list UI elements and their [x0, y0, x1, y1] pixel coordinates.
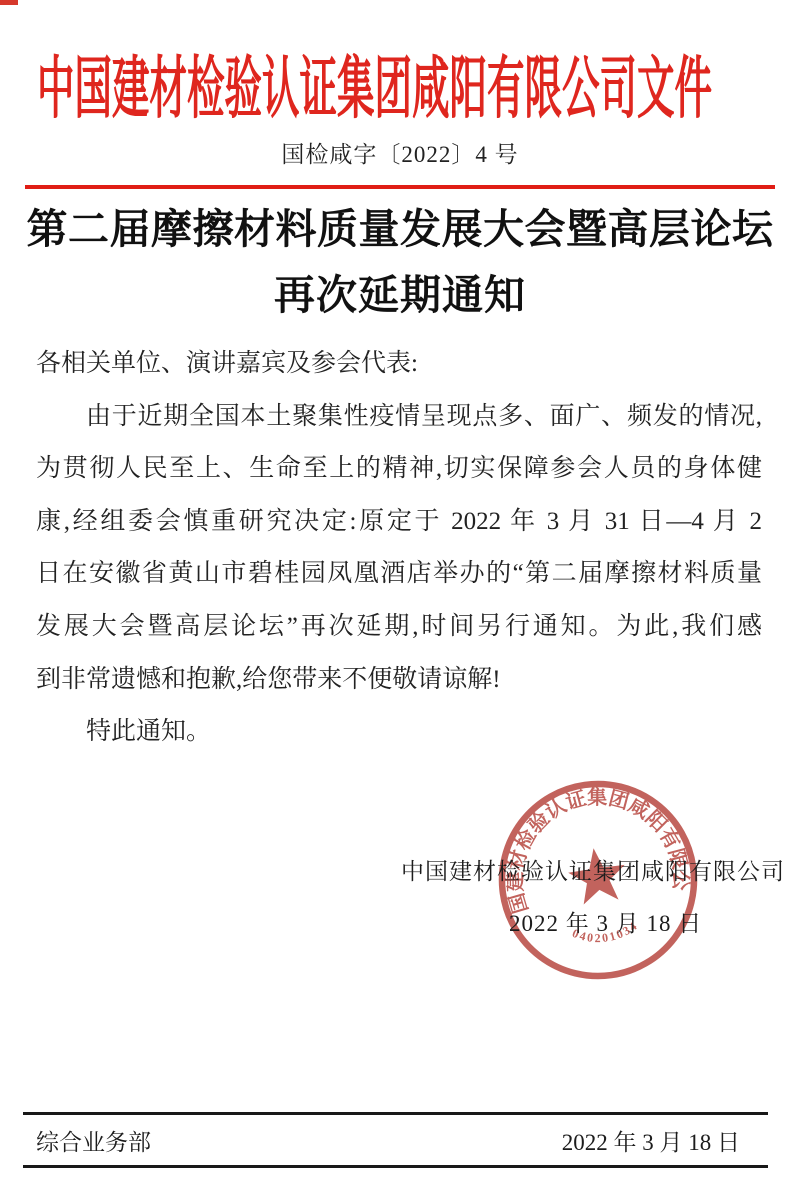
closing-line: 特此通知。	[36, 706, 762, 759]
red-divider-rule	[25, 185, 775, 189]
body-line: 为贯彻人民至上、生命至上的精神,切实保障参会人员的身体健	[36, 443, 762, 496]
footer-rule-bottom	[23, 1165, 768, 1168]
footer-date: 2022 年 3 月 18 日	[562, 1124, 740, 1157]
body-line: 康,经组委会慎重研究决定:原定于 2022 年 3 月 31 日—4 月 2	[36, 496, 762, 549]
signoff-company: 中国建材检验认证集团咸阳有限公司	[401, 853, 785, 886]
letterhead-title: 中国建材检验认证集团咸阳有限公司文件	[37, 34, 712, 131]
document-title-line2: 再次延期通知	[0, 262, 800, 321]
document-number: 国检咸字〔2022〕4 号	[0, 136, 800, 169]
document-title-line1: 第二届摩擦材料质量发展大会暨高层论坛	[0, 196, 800, 255]
body-line: 日在安徽省黄山市碧桂园凤凰酒店举办的“第二届摩擦材料质量	[36, 548, 762, 601]
signoff-date: 2022 年 3 月 18 日	[509, 905, 702, 938]
letterhead: 中国建材检验认证集团咸阳有限公司文件	[37, 34, 717, 88]
body-line: 到非常遗憾和抱歉,给您带来不便敬请谅解!	[36, 654, 762, 707]
body-line: 发展大会暨高层论坛”再次延期,时间另行通知。为此,我们感	[36, 601, 762, 654]
body-text: 各相关单位、演讲嘉宾及参会代表: 由于近期全国本土聚集性疫情呈现点多、面广、频发…	[36, 338, 762, 759]
footer-department: 综合业务部	[36, 1124, 151, 1157]
document-page: 中国建材检验认证集团咸阳有限公司文件 国检咸字〔2022〕4 号 第二届摩擦材料…	[0, 0, 800, 1183]
body-line: 由于近期全国本土聚集性疫情呈现点多、面广、频发的情况,	[36, 391, 762, 444]
salutation-line: 各相关单位、演讲嘉宾及参会代表:	[36, 338, 762, 391]
footer-rule-top	[23, 1112, 768, 1115]
scan-artifact	[0, 0, 18, 5]
